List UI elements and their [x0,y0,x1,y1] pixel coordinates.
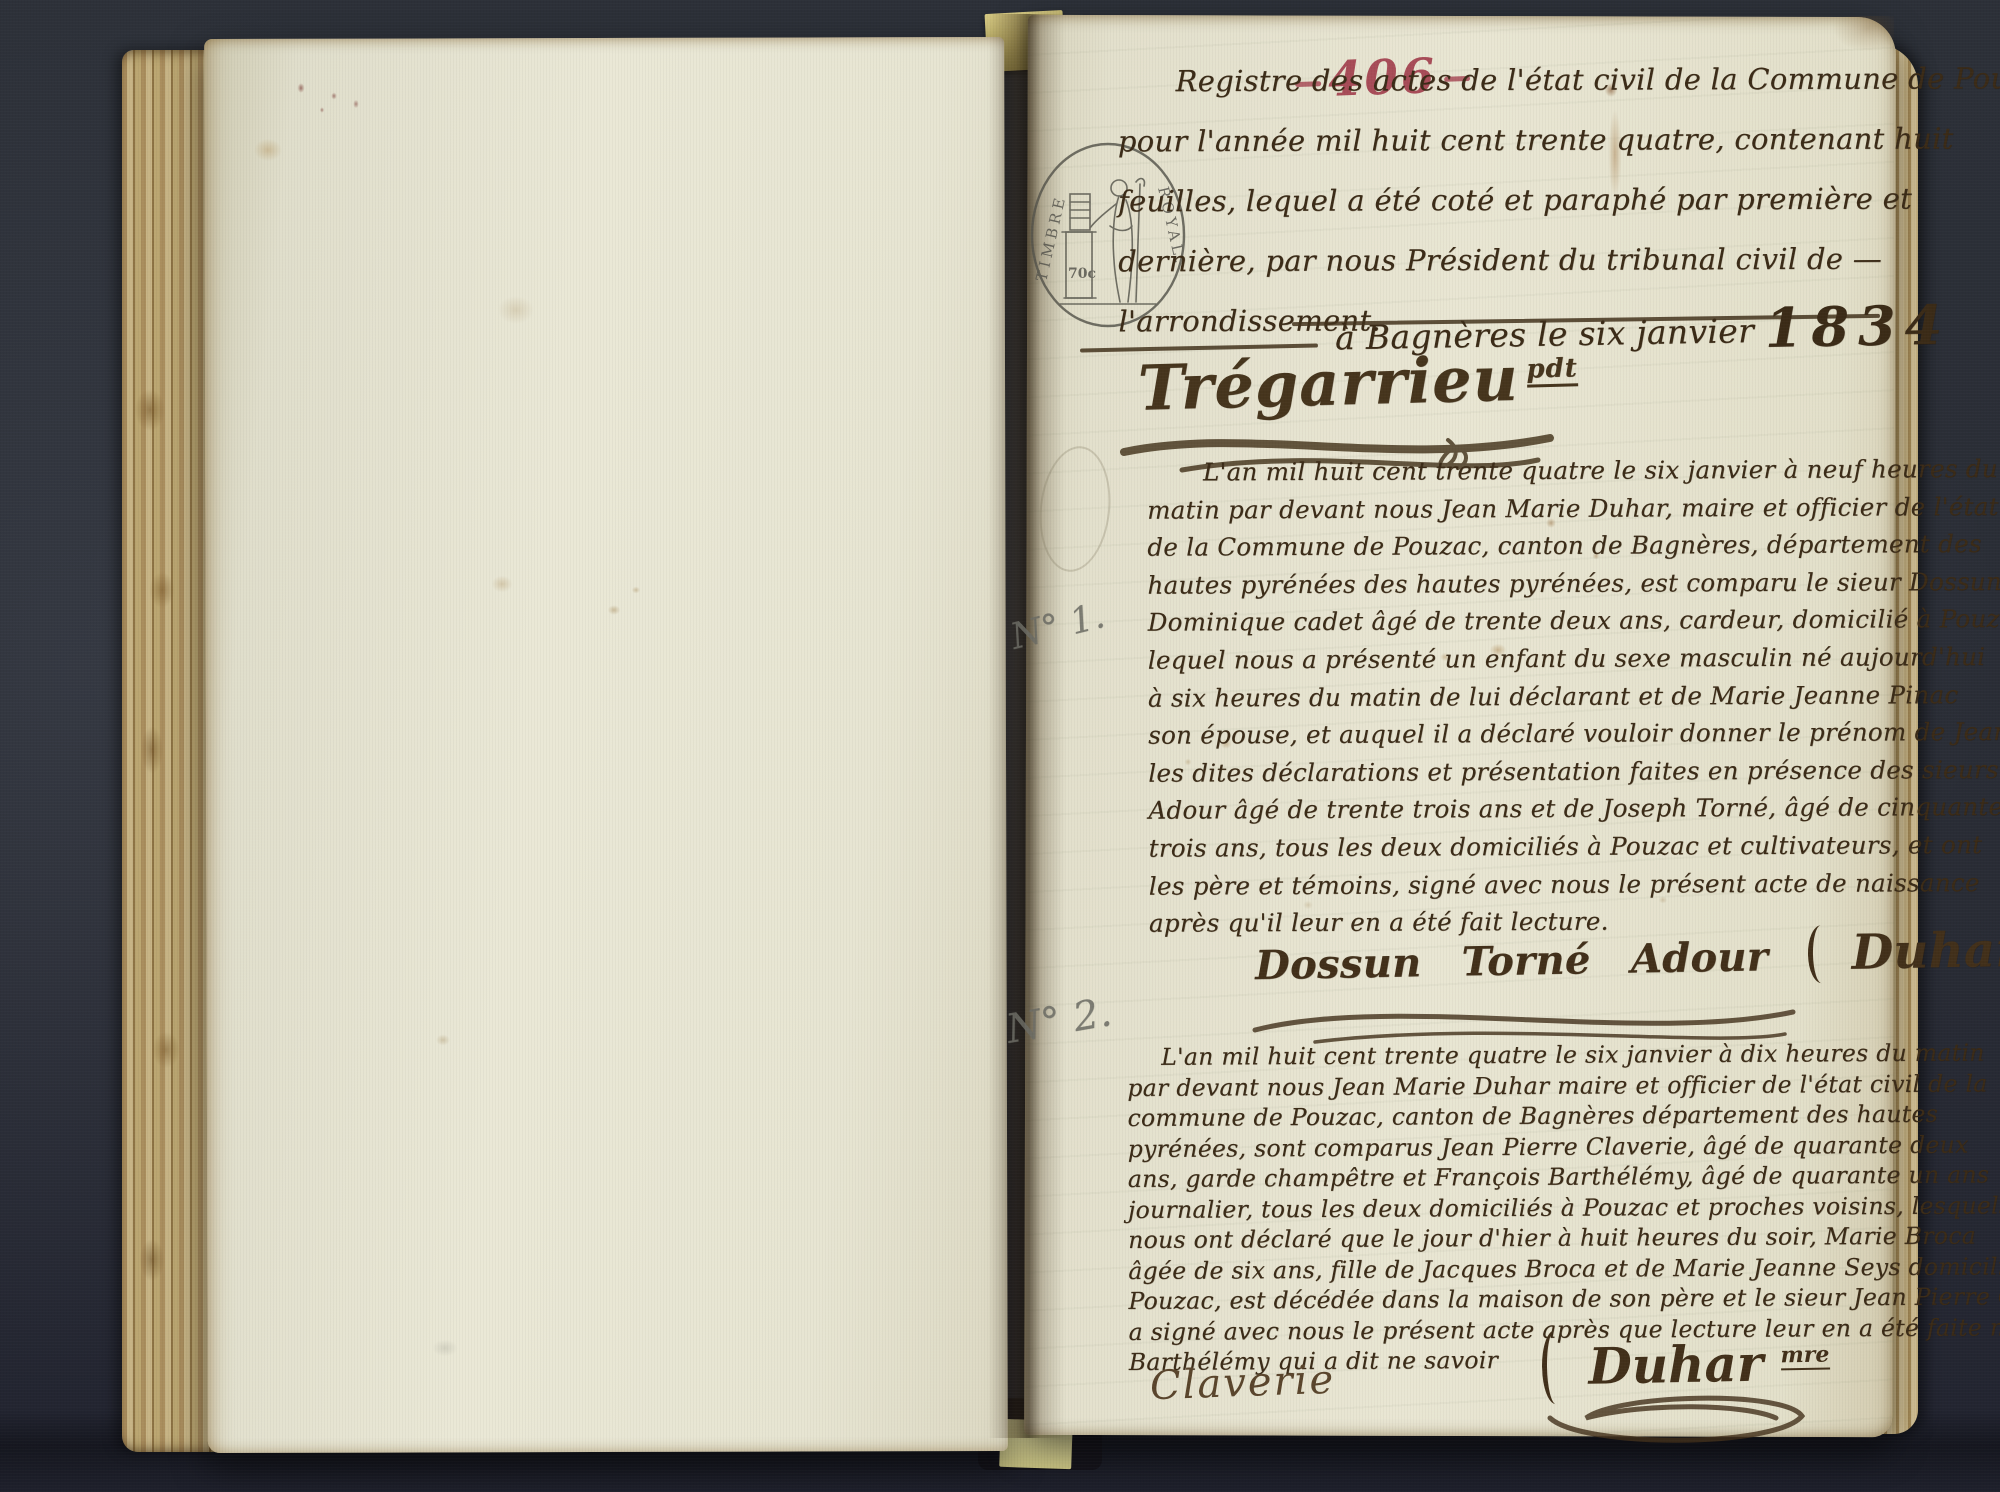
svg-text:70c: 70c [1068,266,1096,282]
header-line: feuilles, lequel a été coté et paraphé p… [1118,169,1890,232]
signature-adour: Adour [1630,933,1768,982]
header-line: Registre des actes de l'état civil de la… [1117,49,1889,112]
header-line: dernière, par nous Président du tribunal… [1118,229,1890,292]
mayor-abbrev: mre [1780,1342,1829,1371]
signature-torne: Torné [1461,936,1591,985]
act-1-birth-record: L'an mil huit cent trente quatre le six … [1147,450,1909,942]
svg-text:TIMBRE: TIMBRE [1032,193,1069,283]
signature-claverie: Claverie [1149,1357,1336,1409]
president-signature: Trégarrieupdt [1137,340,1579,424]
year-1834: 1834 [1764,293,1951,360]
signature-oval-flourish [1526,1388,1832,1452]
left-page-blank [204,37,1008,1453]
signature-duhar: Duhar [1851,922,2000,981]
registry-book-photo: TIMBRE ROYAL. 70c 406 Registre des actes… [0,0,2000,1492]
signature-dossun: Dossun [1255,939,1422,989]
header-line: pour l'année mil huit cent trente quatre… [1118,109,1890,172]
pen-paren-flourish [1808,925,1836,983]
